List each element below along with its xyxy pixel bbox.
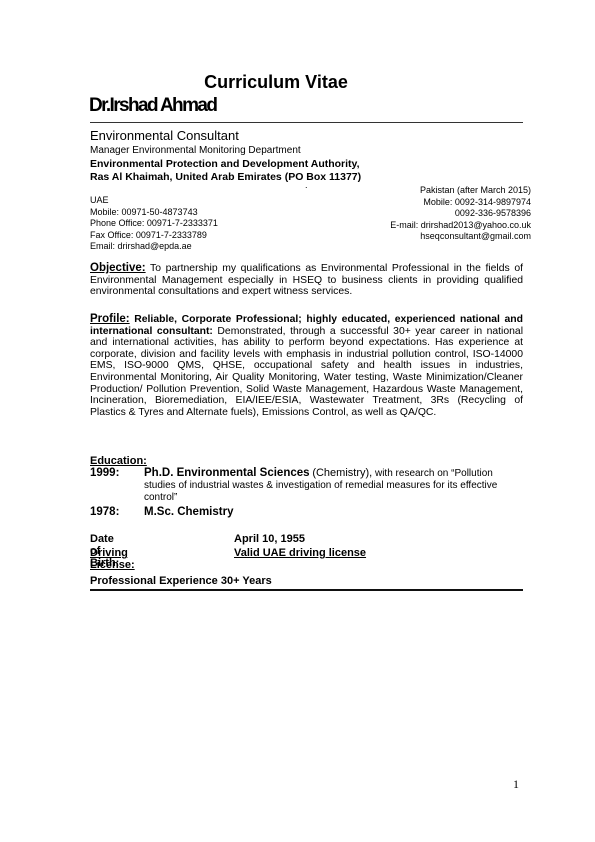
candidate-name: Dr.Irshad Ahmad <box>89 95 216 117</box>
uae-phone-office: Phone Office: 00971-7-2333371 <box>90 218 218 230</box>
job-role: Environmental Consultant <box>90 128 239 143</box>
page-number: 1 <box>513 777 519 792</box>
pakistan-email[interactable]: E-mail: drirshad2013@yahoo.co.uk <box>390 220 531 232</box>
experience-divider <box>90 589 523 591</box>
pakistan-country: Pakistan (after March 2015) <box>390 185 531 197</box>
education-degree: Ph.D. Environmental Sciences <box>144 467 310 479</box>
license-label: Driving License: <box>90 547 135 571</box>
contact-pakistan: Pakistan (after March 2015) Mobile: 0092… <box>390 185 531 243</box>
objective-heading: Objective: <box>90 262 146 274</box>
pakistan-mobile-2: 0092-336-9578396 <box>390 208 531 220</box>
experience-heading: Professional Experience 30+ Years <box>90 575 272 587</box>
education-year: 1999: <box>90 467 119 479</box>
license-value: Valid UAE driving license <box>234 547 366 559</box>
job-position: Manager Environmental Monitoring Departm… <box>90 145 301 156</box>
pakistan-mobile: Mobile: 0092-314-9897974 <box>390 197 531 209</box>
document-title: Curriculum Vitae <box>0 72 552 93</box>
pakistan-email-2[interactable]: hseqconsultant@gmail.com <box>390 231 531 243</box>
education-heading: Education: <box>90 455 147 467</box>
objective-text: To partnership my qualifications as Envi… <box>90 263 523 297</box>
objective-section: Objective: To partnership my qualificati… <box>90 263 523 298</box>
uae-email[interactable]: Email: drirshad@epda.ae <box>90 241 218 253</box>
education-degree: M.Sc. Chemistry <box>144 506 233 518</box>
profile-heading: Profile: <box>90 313 130 325</box>
education-details: M.Sc. Chemistry <box>144 506 524 519</box>
organization-line-2: Ras Al Khaimah, United Arab Emirates (PO… <box>90 171 361 183</box>
education-details: Ph.D. Environmental Sciences (Chemistry)… <box>144 467 524 504</box>
education-field: (Chemistry), <box>312 467 372 479</box>
separator-dot: . <box>305 180 308 190</box>
dob-value: April 10, 1955 <box>234 533 305 545</box>
contact-uae: UAE Mobile: 00971-50-4873743 Phone Offic… <box>90 195 218 253</box>
profile-text: Demonstrated, through a successful 30+ y… <box>90 326 523 418</box>
education-year: 1978: <box>90 506 119 518</box>
uae-mobile: Mobile: 00971-50-4873743 <box>90 207 218 219</box>
organization-line-1: Environmental Protection and Development… <box>90 158 360 170</box>
header-divider <box>90 122 523 123</box>
uae-country: UAE <box>90 195 218 207</box>
profile-section: Profile: Reliable, Corporate Professiona… <box>90 314 523 418</box>
uae-fax-office: Fax Office: 00971-7-2333789 <box>90 230 218 242</box>
